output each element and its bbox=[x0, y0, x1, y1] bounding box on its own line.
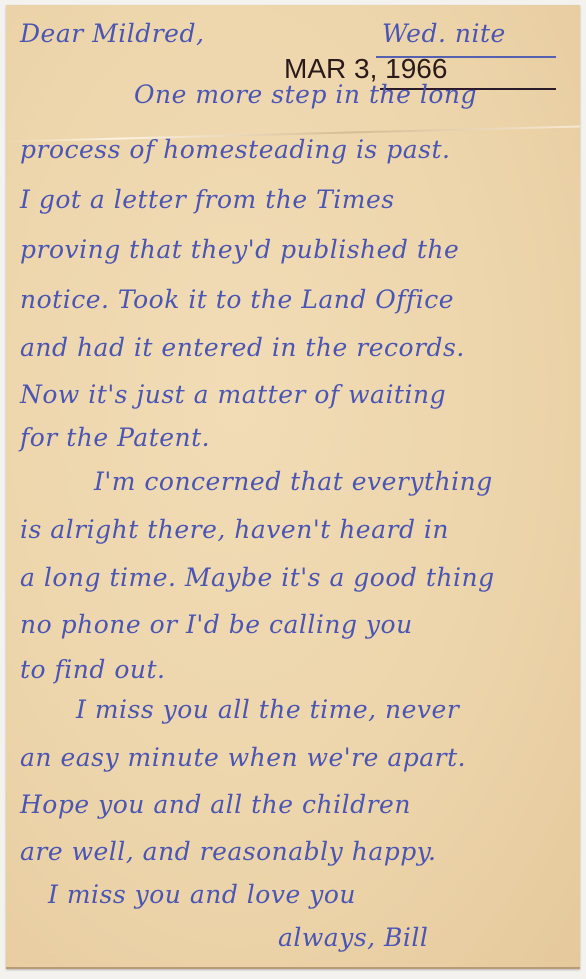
top-right-note: Wed. nite bbox=[382, 19, 506, 48]
letter-line: proving that they'd published the bbox=[20, 235, 459, 264]
letter-line: to find out. bbox=[20, 655, 166, 684]
letter-line: process of homesteading is past. bbox=[20, 135, 450, 164]
letter-line: Now it's just a matter of waiting bbox=[20, 380, 446, 409]
letter-line: an easy minute when we're apart. bbox=[20, 743, 466, 772]
letter-line: and had it entered in the records. bbox=[20, 333, 465, 362]
salutation: Dear Mildred, bbox=[20, 19, 204, 48]
letter-line: a long time. Maybe it's a good thing bbox=[20, 563, 495, 592]
letter-line: I'm concerned that everything bbox=[94, 467, 493, 496]
letter-line: I miss you and love you bbox=[48, 880, 356, 909]
letter-line: are well, and reasonably happy. bbox=[20, 837, 437, 866]
letter-line: is alright there, haven't heard in bbox=[20, 515, 449, 544]
letter-line: One more step in the long bbox=[134, 80, 477, 109]
letter-line: notice. Took it to the Land Office bbox=[20, 285, 454, 314]
signature: always, Bill bbox=[278, 923, 428, 952]
letter-line: no phone or I'd be calling you bbox=[20, 610, 413, 639]
postcard: Dear Mildred, Wed. nite MAR 3, 1966 One … bbox=[6, 5, 580, 969]
letter-line: I got a letter from the Times bbox=[20, 185, 395, 214]
letter-line: I miss you all the time, never bbox=[76, 695, 459, 724]
letter-line: Hope you and all the children bbox=[20, 790, 411, 819]
letter-line: for the Patent. bbox=[20, 423, 210, 452]
